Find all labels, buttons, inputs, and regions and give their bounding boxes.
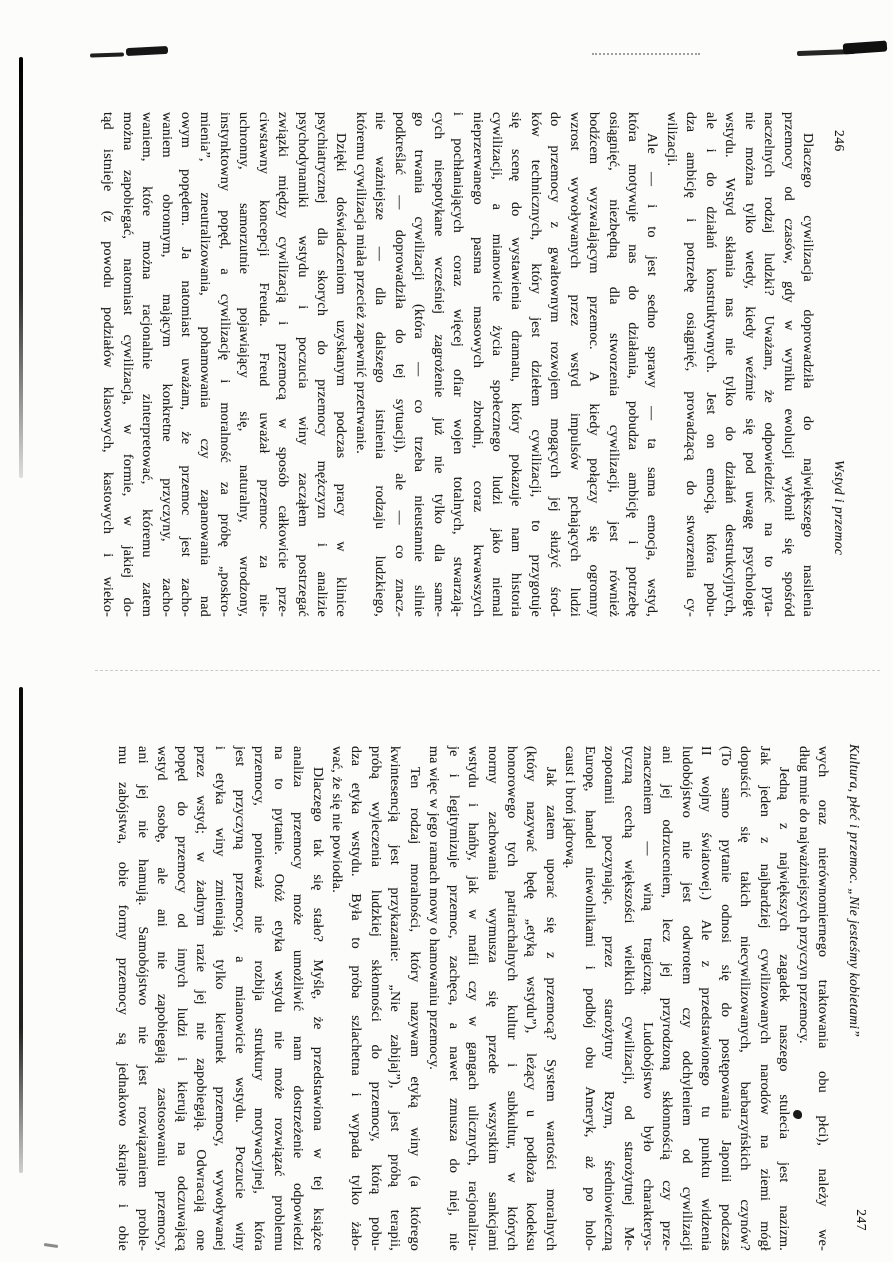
text-line: któremu cywilizacja miała przecież zapew…: [351, 112, 370, 617]
text-line: Jak jeden z najbardziej cywilizowanych n…: [754, 746, 773, 1251]
text-line: osiągnięć, niezbędną dla stworzenia cywi…: [603, 112, 622, 617]
text-line: tyczną cechą większości wielkich cywiliz…: [618, 746, 637, 1251]
text-line: naczelnych rodzaj ludzki? Uważam, że odp…: [759, 112, 778, 617]
text-line: Dlaczego tak się stało? Myślę, że przeds…: [307, 746, 326, 1251]
text-line: owym popędem. Ja natomiast uważam, że pr…: [176, 112, 195, 617]
text-line: go trwania cywilizacji (która — co trzeb…: [409, 112, 428, 617]
text-line: Ale — i to jest sedno sprawy — ta sama e…: [642, 112, 661, 617]
text-line: Dzięki doświadczeniom uzyskanym podczas …: [331, 112, 350, 617]
text-line: dza ambicję i potrzebę osiągnięć, prowad…: [681, 112, 700, 617]
text-line: Europę, handel niewolnikami i podbój obu…: [579, 746, 598, 1251]
text-line: nieprzerwanego pasma masowych zbrodni, c…: [467, 112, 486, 617]
scan-edge-bar-bottom: [19, 687, 23, 1173]
running-header: 246 Wstyd i przemoc: [829, 108, 849, 623]
text-line: bodźcem wyzwalającym przemoc. A kiedy po…: [584, 112, 603, 617]
running-title: Kultura, płeć i przemoc. „Nie jesteśmy k…: [846, 744, 862, 1037]
text-line: dług mnie do najważniejszych przyczyn pr…: [793, 746, 812, 1251]
text-line: ani jej nie hamują. Samobójstwo nie jest…: [132, 746, 151, 1251]
page-number: 246: [831, 130, 847, 152]
text-line: przemocy od czasów, gdy w wyniku ewolucj…: [778, 112, 797, 617]
text-line: tąd istnieje (z powodu podziałów klasowy…: [98, 112, 117, 617]
text-line: waniem obronnym, mającym konkretne przyc…: [156, 112, 175, 617]
scan-dotted-line: [592, 53, 700, 55]
scan-smudge: [843, 40, 888, 54]
running-header: Kultura, płeć i przemoc. „Nie jesteśmy k…: [844, 742, 864, 1257]
page-divider-shadow: [95, 670, 880, 671]
text-line: na to pytanie. Otóż etyka wstydu nie moż…: [268, 746, 287, 1251]
text-line: znaczeniem — winą tragiczną. Ludobójstwo…: [638, 746, 657, 1251]
text-line: wzrost wywoływanych przez wstyd impulsów…: [564, 112, 583, 617]
text-line: wstydu i hańby, jak w mafii czy w gangac…: [463, 746, 482, 1251]
scan-smudge: [90, 52, 124, 57]
scan-smudge: [126, 46, 168, 56]
text-line: normy zachowania wymusza się przede wszy…: [482, 746, 501, 1251]
scan-mark: [44, 1243, 58, 1248]
text-line: honorowego tych patriarchalnych kultur i…: [502, 746, 521, 1251]
text-line: nie można tylko wtedy, kiedy weźmie się …: [739, 112, 758, 617]
text-line: wstyd osobę, ale ani nie zapobiegają zas…: [152, 746, 171, 1251]
text-line: waniem, które można racjonalnie zinterpr…: [137, 112, 156, 617]
text-line: wych oraz nierównomiernego traktowania o…: [813, 746, 832, 1251]
scan-edge-bar-top: [19, 57, 23, 478]
text-line: caust i broń jądrową.: [560, 746, 579, 1251]
text-line: je i legitymizuje przemoc, zachęca, a na…: [443, 746, 462, 1251]
text-line: psychodynamiki wstydu i poczucia winy za…: [292, 112, 311, 617]
text-line: Dlaczego cywilizacja doprowadziła do naj…: [798, 112, 817, 617]
text-line: ale i do działań konstruktywnych. Jest o…: [700, 112, 719, 617]
text-line: cywilizacji, a mianowicie życia społeczn…: [487, 112, 506, 617]
text-line: ludobójstwo nie jest odwrotem czy odchyl…: [677, 746, 696, 1251]
page-246-sheet: 246 Wstyd i przemoc Dlaczego cywilizacja…: [77, 108, 857, 623]
text-line: Jedną z największych zagadek naszego stu…: [774, 746, 793, 1251]
text-line: wać, że się nie powiodła.: [327, 746, 346, 1251]
text-line: cych niespotykane wcześniej zagrożenie j…: [428, 112, 447, 617]
running-title: Wstyd i przemoc: [831, 460, 847, 555]
text-line: się scenę do wystawienia dramatu, który …: [506, 112, 525, 617]
page-247-sheet: Kultura, płeć i przemoc. „Nie jesteśmy k…: [92, 742, 872, 1257]
text-line: która motywuje nas do działania, pobudza…: [623, 112, 642, 617]
page-body-text: wych oraz nierównomiernego traktowania o…: [113, 746, 832, 1251]
text-line: popęd do przemocy od innych ludzi i kier…: [171, 746, 190, 1251]
text-line: ma więc w jego ramach mowy o hamowaniu p…: [424, 746, 443, 1251]
text-line: podkreślać — doprowadziła do tej sytuacj…: [389, 112, 408, 617]
text-line: jest przyczyną przemocy, a mianowicie ws…: [229, 746, 248, 1251]
page-246: 246 Wstyd i przemoc Dlaczego cywilizacja…: [77, 108, 857, 623]
text-line: zopotamii poczynając, przez starożytny R…: [599, 746, 618, 1251]
page-body-text: Dlaczego cywilizacja doprowadziła do naj…: [98, 112, 817, 617]
text-line: wstydu. Wstyd skłania nas nie tylko do d…: [720, 112, 739, 617]
text-line: przemocy, ponieważ nie rozbija struktury…: [249, 746, 268, 1251]
text-line: dza etyka wstydu. Była to próba szlachet…: [346, 746, 365, 1251]
page-247: Kultura, płeć i przemoc. „Nie jesteśmy k…: [92, 742, 872, 1257]
text-line: próbą wyleczenia ludzkiej skłonności do …: [366, 746, 385, 1251]
text-line: związki między cywilizacją i przemocą w …: [273, 112, 292, 617]
text-line: Jak zatem uporać się z przemocą? System …: [540, 746, 559, 1251]
text-line: mienia”, zneutralizowania, pohamowania c…: [195, 112, 214, 617]
text-line: ciwstawny koncepcji Freuda. Freud uważał…: [253, 112, 272, 617]
text-line: ani jej odrzuceniem, lecz jej przyrodzon…: [657, 746, 676, 1251]
text-line: wilizacji.: [662, 112, 681, 617]
text-line: psychiatrycznej dla skorych do przemocy …: [312, 112, 331, 617]
text-line: i pochłaniających coraz więcej ofiar woj…: [448, 112, 467, 617]
page-number: 247: [853, 1209, 869, 1231]
text-line: analiza przemocy może umożliwić nam dost…: [288, 746, 307, 1251]
text-line: II wojny światowej.) Ale z przedstawione…: [696, 746, 715, 1251]
text-line: instynktowny popęd, a cywilizację i mora…: [214, 112, 233, 617]
text-line: Ten rodzaj moralności, który nazywam ety…: [404, 746, 423, 1251]
text-line: (który nazywać będę „etyką wstydu”), leż…: [521, 746, 540, 1251]
text-line: do przemocy z gwałtownym rozwojem mogący…: [545, 112, 564, 617]
text-line: przez wstyd; w żadnym razie jej nie zapo…: [191, 746, 210, 1251]
scanned-book-spread: { "pages": [ { "page_number": "246", "ru…: [0, 0, 893, 1262]
text-line: mu zabójstwa, obie formy przemocy są jed…: [113, 746, 132, 1251]
text-line: nie ważniejsze — dla dalszego istnienia …: [370, 112, 389, 617]
text-line: ków technicznych, który jest dziełem cyw…: [525, 112, 544, 617]
text-line: kwintesencją jest przykazanie: „Nie zabi…: [385, 746, 404, 1251]
text-line: dopuścić się takich niecywilizowanych, b…: [735, 746, 754, 1251]
text-line: (To samo pytanie odnosi się do postępowa…: [715, 746, 734, 1251]
text-line: i etyka winy zmieniają tylko kierunek pr…: [210, 746, 229, 1251]
text-line: uchronny, samorzutnie pojawiający się, n…: [234, 112, 253, 617]
ink-blot: [793, 1110, 802, 1119]
text-line: można zapobiegać, natomiast cywilizacja,…: [117, 112, 136, 617]
